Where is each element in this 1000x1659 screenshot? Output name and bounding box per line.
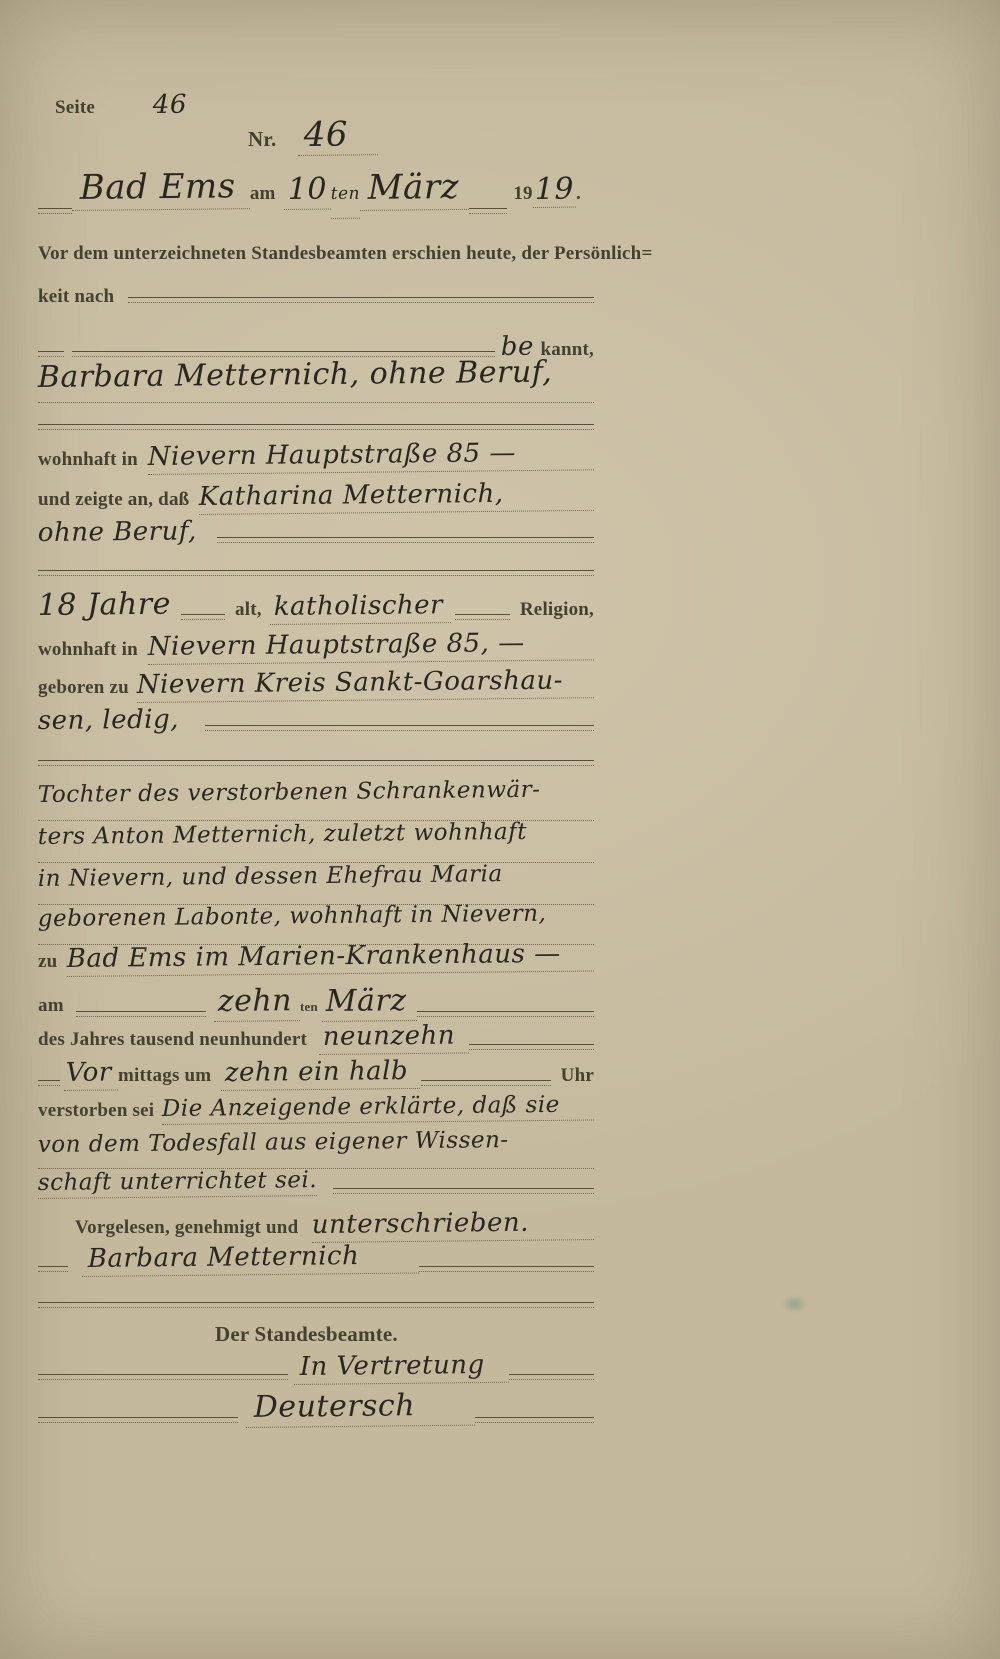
full-rule	[38, 424, 594, 430]
death-time-line: Vor mittags um zehn ein halb Uhr	[38, 1058, 594, 1091]
statement-hand-2: von dem Todesfall aus eigener Wissen-	[38, 1127, 509, 1158]
mittags-label: mittags um	[118, 1065, 211, 1087]
wohnhaft-hand: Nievern Hauptstraße 85 —	[148, 437, 594, 475]
age-hand: 18 Jahre	[38, 587, 171, 623]
declarant-signature-line: Barbara Metternich	[38, 1244, 594, 1277]
death-place-line: zu Bad Ems im Marien-Krankenhaus —	[38, 944, 594, 977]
blank-rule	[469, 1044, 594, 1050]
deceased-residence-line: wohnhaft in Nievern Hauptstraße 85, —	[38, 632, 594, 665]
wohnhaft-label-2: wohnhaft in	[38, 639, 138, 661]
full-rule	[38, 570, 594, 576]
blank-rule	[421, 1080, 551, 1086]
vor-hand: Vor	[64, 1057, 118, 1091]
parents-hand-3: in Nievern, und dessen Ehefrau Maria	[38, 861, 503, 892]
blank-rule	[38, 1417, 238, 1423]
intro-line-2: keit nach	[38, 286, 594, 308]
time-hand: zehn ein halb	[221, 1056, 421, 1091]
deceased-residence-hand: Nievern Hauptstraße 85, —	[148, 627, 594, 665]
blank-rule	[128, 297, 594, 303]
zu-label: zu	[38, 951, 57, 973]
registrar-signature-hand: Deutersch	[246, 1388, 476, 1428]
full-rule	[38, 1302, 594, 1308]
uhr-label: Uhr	[561, 1065, 594, 1087]
zeigte-label: und zeigte an, daß	[38, 489, 189, 511]
declarant-residence-line: wohnhaft in Nievern Hauptstraße 85 —	[38, 442, 594, 475]
standesbeamte-line: Der Standesbeamte.	[215, 1322, 398, 1347]
deceased-beruf-hand: ohne Beruf,	[38, 516, 197, 548]
geboren-label: geboren zu	[38, 677, 129, 699]
death-place-hand: Bad Ems im Marien-Krankenhaus —	[67, 938, 594, 977]
parents-line-1: Tochter des verstorbenen Schrankenwär-	[38, 782, 594, 821]
unterschrieben-hand: unterschrieben.	[312, 1207, 594, 1243]
nr-label: Nr.	[248, 127, 276, 152]
blank-rule	[38, 1374, 288, 1380]
blank-rule	[38, 1266, 68, 1272]
parents-line-2: ters Anton Metternich, zuletzt wohnhaft	[38, 824, 594, 863]
death-year-hand: neunzehn	[319, 1020, 470, 1055]
full-rule	[38, 760, 594, 766]
declarant-hand: Barbara Metternich, ohne Beruf,	[38, 355, 553, 395]
statement-hand-3: schaft unterrichtet sei.	[38, 1167, 318, 1199]
ledig-line: sen, ledig,	[38, 706, 594, 736]
statement-line-3: schaft unterrichtet sei.	[38, 1170, 594, 1199]
year-hand: 19	[532, 172, 576, 208]
seite-label: Seite	[55, 97, 95, 119]
day-suffix-hand: ten	[330, 184, 360, 219]
am-label-2: am	[38, 995, 64, 1017]
vorgelesen-line: Vorgelesen, genehmigt und unterschrieben…	[75, 1210, 594, 1243]
intro-text-1: Vor dem unterzeichneten Standesbeamten e…	[38, 243, 652, 265]
jahr-label: des Jahres tausend neunhundert	[38, 1029, 307, 1051]
deceased-beruf-line: ohne Beruf,	[38, 518, 594, 548]
am-label: am	[250, 183, 276, 205]
separator	[38, 760, 594, 771]
intro-text-2: keit nach	[38, 286, 114, 308]
blank-rule	[205, 725, 594, 731]
registrar-signature-line: Deutersch	[38, 1390, 594, 1428]
declarant-name-line: Barbara Metternich, ohne Beruf,	[38, 360, 594, 403]
verstorben-label: verstorben sei	[38, 1100, 154, 1122]
death-year-line: des Jahres tausend neunhundert neunzehn	[38, 1022, 594, 1055]
blank-rule	[419, 1266, 594, 1272]
deceased-name-hand: Katharina Metternich,	[199, 478, 594, 515]
blank-rule	[455, 614, 510, 620]
parents-line-3: in Nievern, und dessen Ehefrau Maria	[38, 866, 594, 905]
statement-hand-1: Die Anzeigende erklärte, daß sie	[162, 1091, 594, 1125]
ten-label: ten	[300, 999, 318, 1015]
scanned-register-page: Seite 46 Nr. 46 Bad Ems am 10 ten März 1…	[0, 0, 1000, 1659]
death-date-line: am zehn ten März	[38, 984, 594, 1022]
separator	[38, 1302, 594, 1313]
declarant-signature-hand: Barbara Metternich	[82, 1240, 420, 1277]
blank-rule	[76, 1011, 206, 1017]
alt-label: alt,	[235, 599, 262, 621]
religion-hand: katholischer	[269, 590, 451, 625]
blank-rule	[417, 1011, 594, 1017]
blank-rule	[38, 208, 72, 214]
page-number-line: Seite 46	[55, 90, 187, 120]
blank-rule	[181, 614, 225, 620]
parents-hand-1: Tochter des verstorbenen Schrankenwär-	[38, 777, 541, 808]
year-printed: 19	[513, 183, 532, 205]
separator	[38, 424, 594, 435]
blank-rule	[509, 1374, 594, 1380]
zeigte-line: und zeigte an, daß Katharina Metternich,	[38, 482, 594, 515]
blank-rule	[38, 1080, 60, 1086]
religion-label: Religion,	[520, 599, 594, 621]
blank-rule	[38, 351, 64, 357]
month-hand: März	[360, 167, 470, 211]
entry-number-line: Nr. 46	[248, 115, 379, 156]
blank-rule	[469, 208, 507, 214]
blank-rule	[475, 1417, 594, 1423]
ledig-hand: sen, ledig,	[38, 705, 179, 736]
day-hand: 10	[283, 172, 331, 210]
age-religion-line: 18 Jahre alt, katholischer Religion,	[38, 588, 594, 625]
year-period: .	[576, 183, 581, 205]
death-day-hand: zehn	[213, 983, 300, 1022]
vorgelesen-label: Vorgelesen, genehmigt und	[75, 1217, 298, 1239]
statement-line-2: von dem Todesfall aus eigener Wissen-	[38, 1132, 594, 1169]
nr-value-hand: 46	[298, 114, 379, 156]
vertretung-hand: In Vertretung	[294, 1350, 509, 1385]
parents-hand-2: ters Anton Metternich, zuletzt wohnhaft	[38, 819, 527, 850]
place-date-line: Bad Ems am 10 ten März 19 19 .	[38, 168, 594, 219]
blank-rule	[217, 537, 594, 543]
wohnhaft-label: wohnhaft in	[38, 449, 138, 471]
geboren-hand: Nievern Kreis Sankt-Goarshau-	[136, 665, 593, 703]
standesbeamte-label: Der Standesbeamte.	[215, 1322, 398, 1347]
faint-ink-stamp-smudge	[782, 1295, 808, 1313]
verstorben-line: verstorben sei Die Anzeigende erklärte, …	[38, 1096, 594, 1125]
geboren-line: geboren zu Nievern Kreis Sankt-Goarshau-	[38, 670, 594, 703]
seite-number-hand: 46	[153, 90, 187, 120]
vertretung-line: In Vertretung	[38, 1352, 594, 1385]
place-hand: Bad Ems	[72, 166, 250, 211]
separator	[38, 570, 594, 581]
blank-rule	[333, 1188, 594, 1194]
death-month-hand: März	[321, 983, 416, 1022]
intro-line-1: Vor dem unterzeichneten Standesbeamten e…	[38, 243, 594, 265]
parents-hand-4: geborenen Labonte, wohnhaft in Nievern,	[38, 901, 547, 932]
